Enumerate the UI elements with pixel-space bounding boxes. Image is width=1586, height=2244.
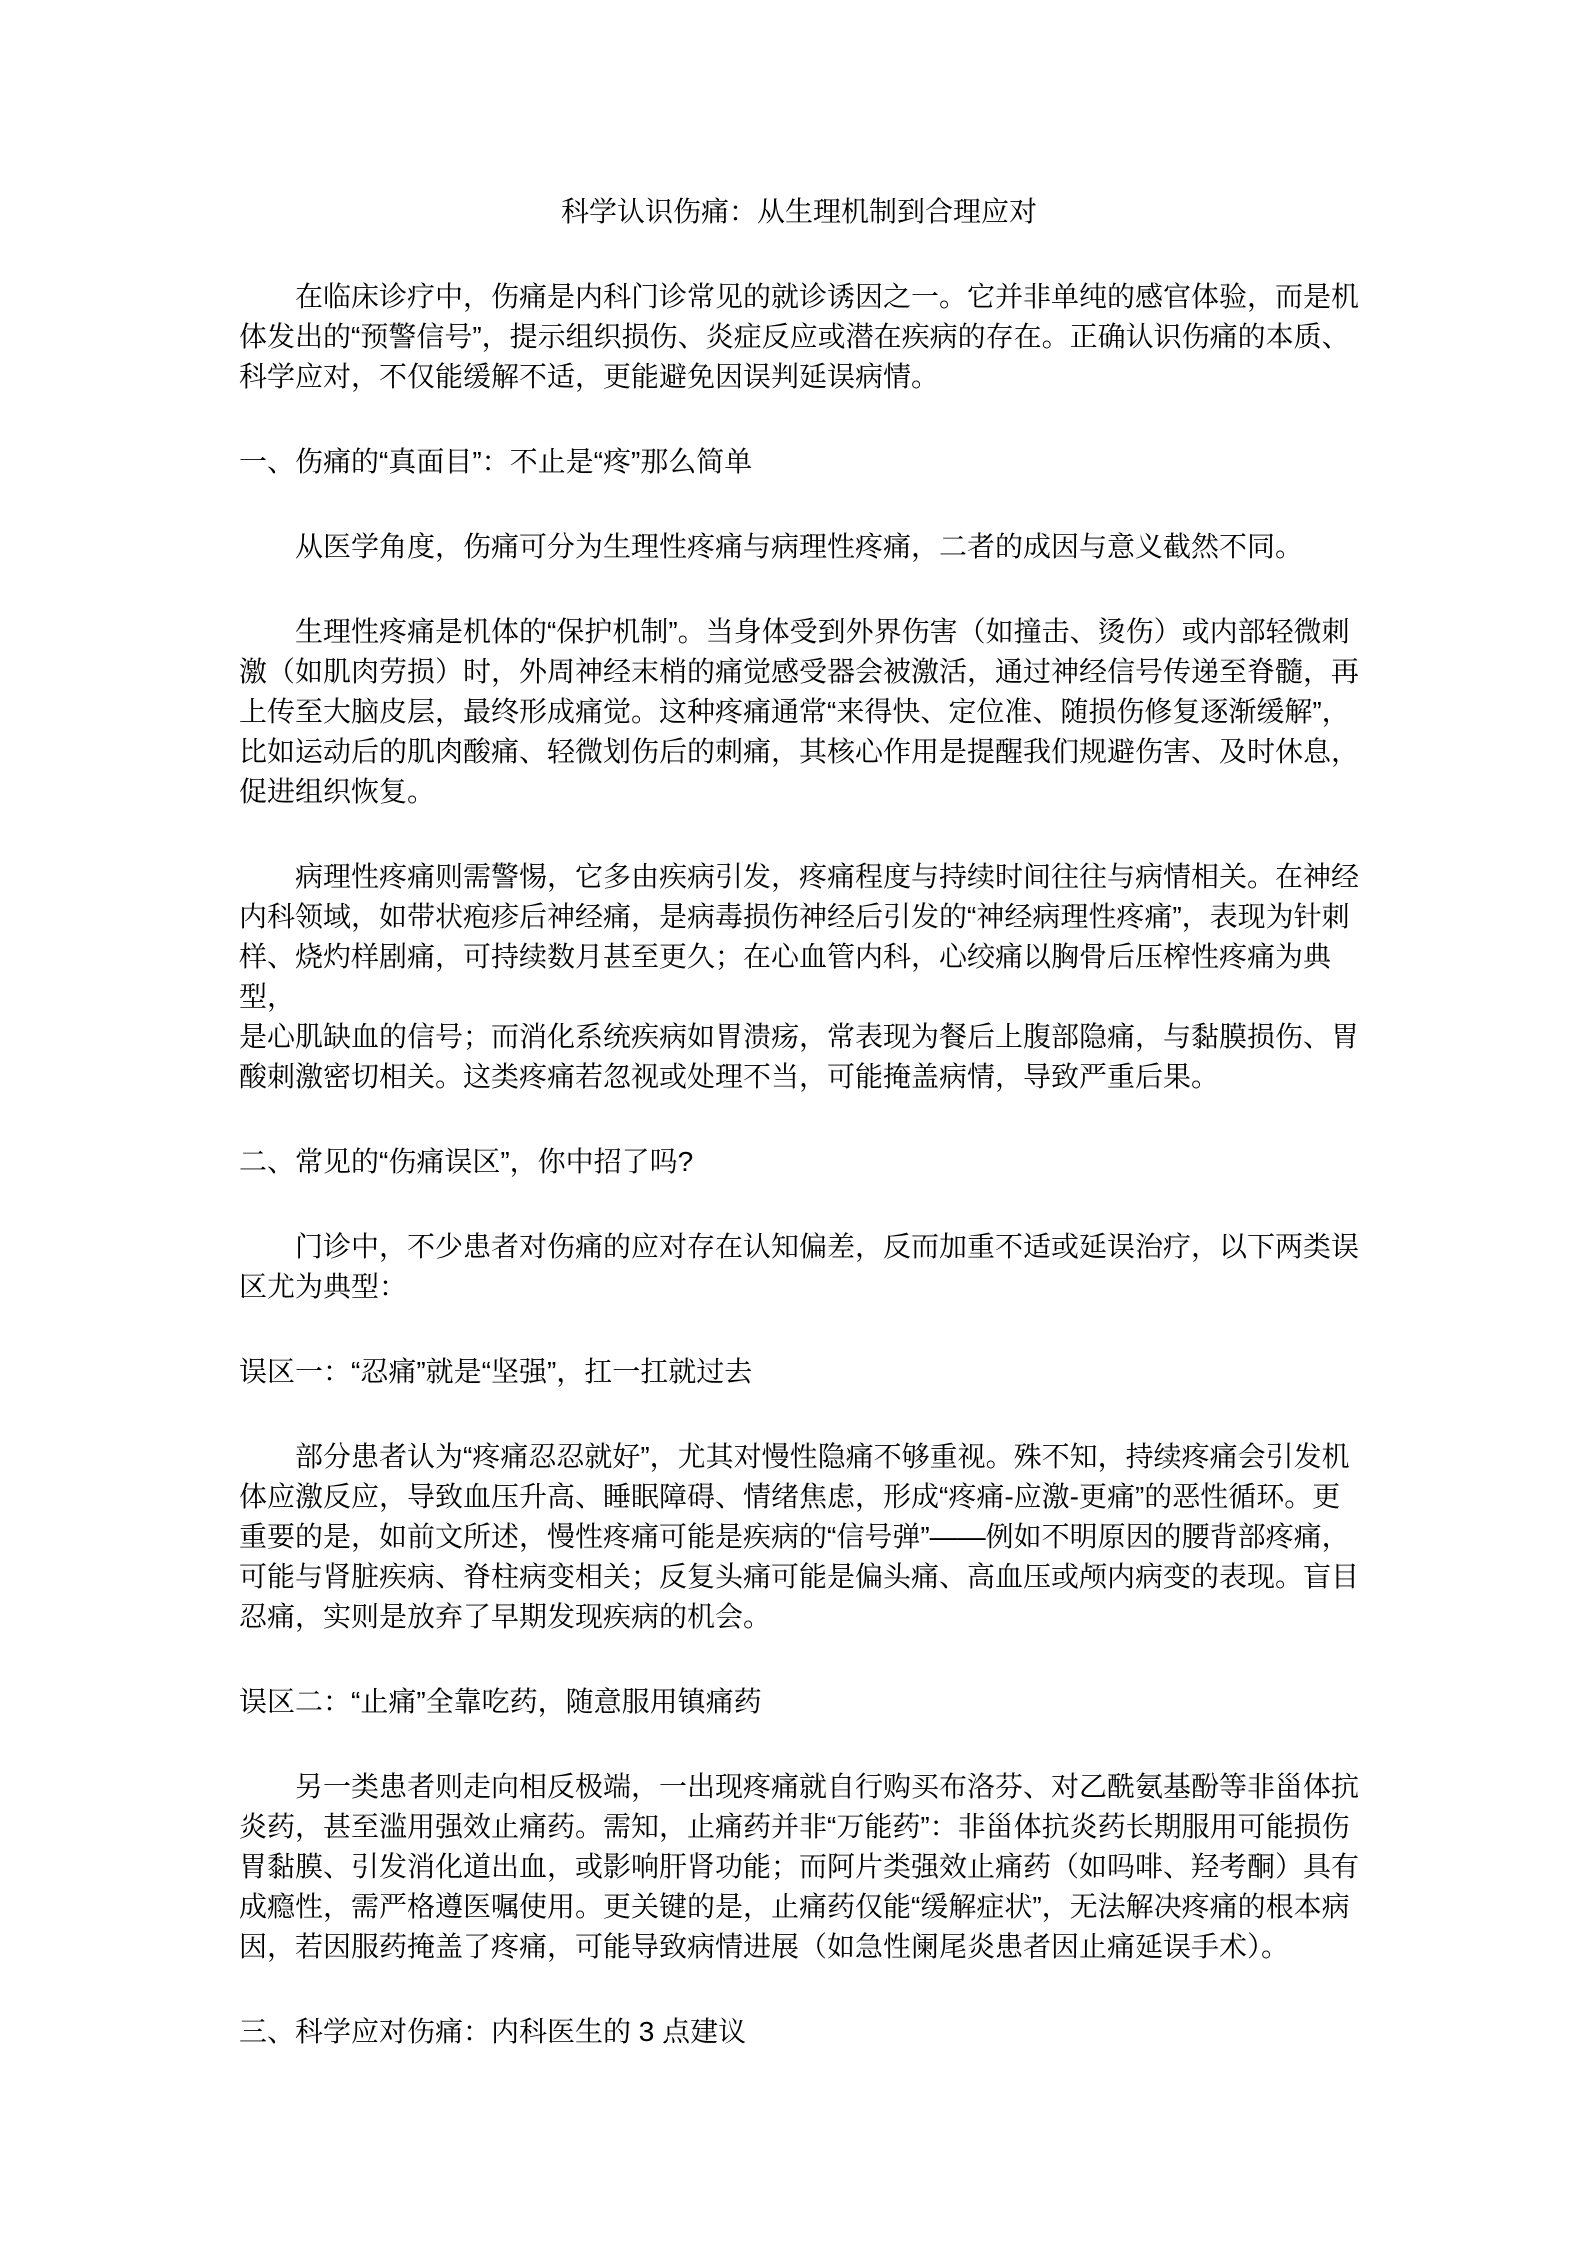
misconception-1-paragraph: 部分患者认为“疼痛忍忍就好”，尤其对慢性隐痛不够重视。殊不知，持续疼痛会引发机 … — [239, 1437, 1359, 1637]
section-3-heading: 三、科学应对伤痛：内科医生的 3 点建议 — [239, 2012, 1359, 2052]
section-2-paragraph-1: 门诊中，不少患者对伤痛的应对存在认知偏差，反而加重不适或延误治疗，以下两类误 区… — [239, 1227, 1359, 1307]
section-1-paragraph-2: 生理性疼痛是机体的“保护机制”。当身体受到外界伤害（如撞击、烫伤）或内部轻微刺 … — [239, 612, 1359, 812]
misconception-2-subheading: 误区二：“止痛”全靠吃药，随意服用镇痛药 — [239, 1682, 1359, 1722]
misconception-1-subheading: 误区一：“忍痛”就是“坚强”，扛一扛就过去 — [239, 1352, 1359, 1392]
section-1-paragraph-3: 病理性疼痛则需警惕，它多由疾病引发，疼痛程度与持续时间往往与病情相关。在神经 内… — [239, 857, 1359, 1097]
document-page: 科学认识伤痛：从生理机制到合理应对 在临床诊疗中，伤痛是内科门诊常见的就诊诱因之… — [0, 0, 1586, 2244]
misconception-2-paragraph: 另一类患者则走向相反极端，一出现疼痛就自行购买布洛芬、对乙酰氨基酚等非甾体抗 炎… — [239, 1767, 1359, 1967]
intro-paragraph: 在临床诊疗中，伤痛是内科门诊常见的就诊诱因之一。它并非单纯的感官体验，而是机 体… — [239, 277, 1359, 397]
section-1-paragraph-1: 从医学角度，伤痛可分为生理性疼痛与病理性疼痛，二者的成因与意义截然不同。 — [239, 527, 1359, 567]
document-body: 科学认识伤痛：从生理机制到合理应对 在临床诊疗中，伤痛是内科门诊常见的就诊诱因之… — [239, 192, 1359, 2097]
section-2-heading: 二、常见的“伤痛误区”，你中招了吗? — [239, 1142, 1359, 1182]
section-1-heading: 一、伤痛的“真面目”：不止是“疼”那么简单 — [239, 442, 1359, 482]
document-title: 科学认识伤痛：从生理机制到合理应对 — [239, 192, 1359, 232]
